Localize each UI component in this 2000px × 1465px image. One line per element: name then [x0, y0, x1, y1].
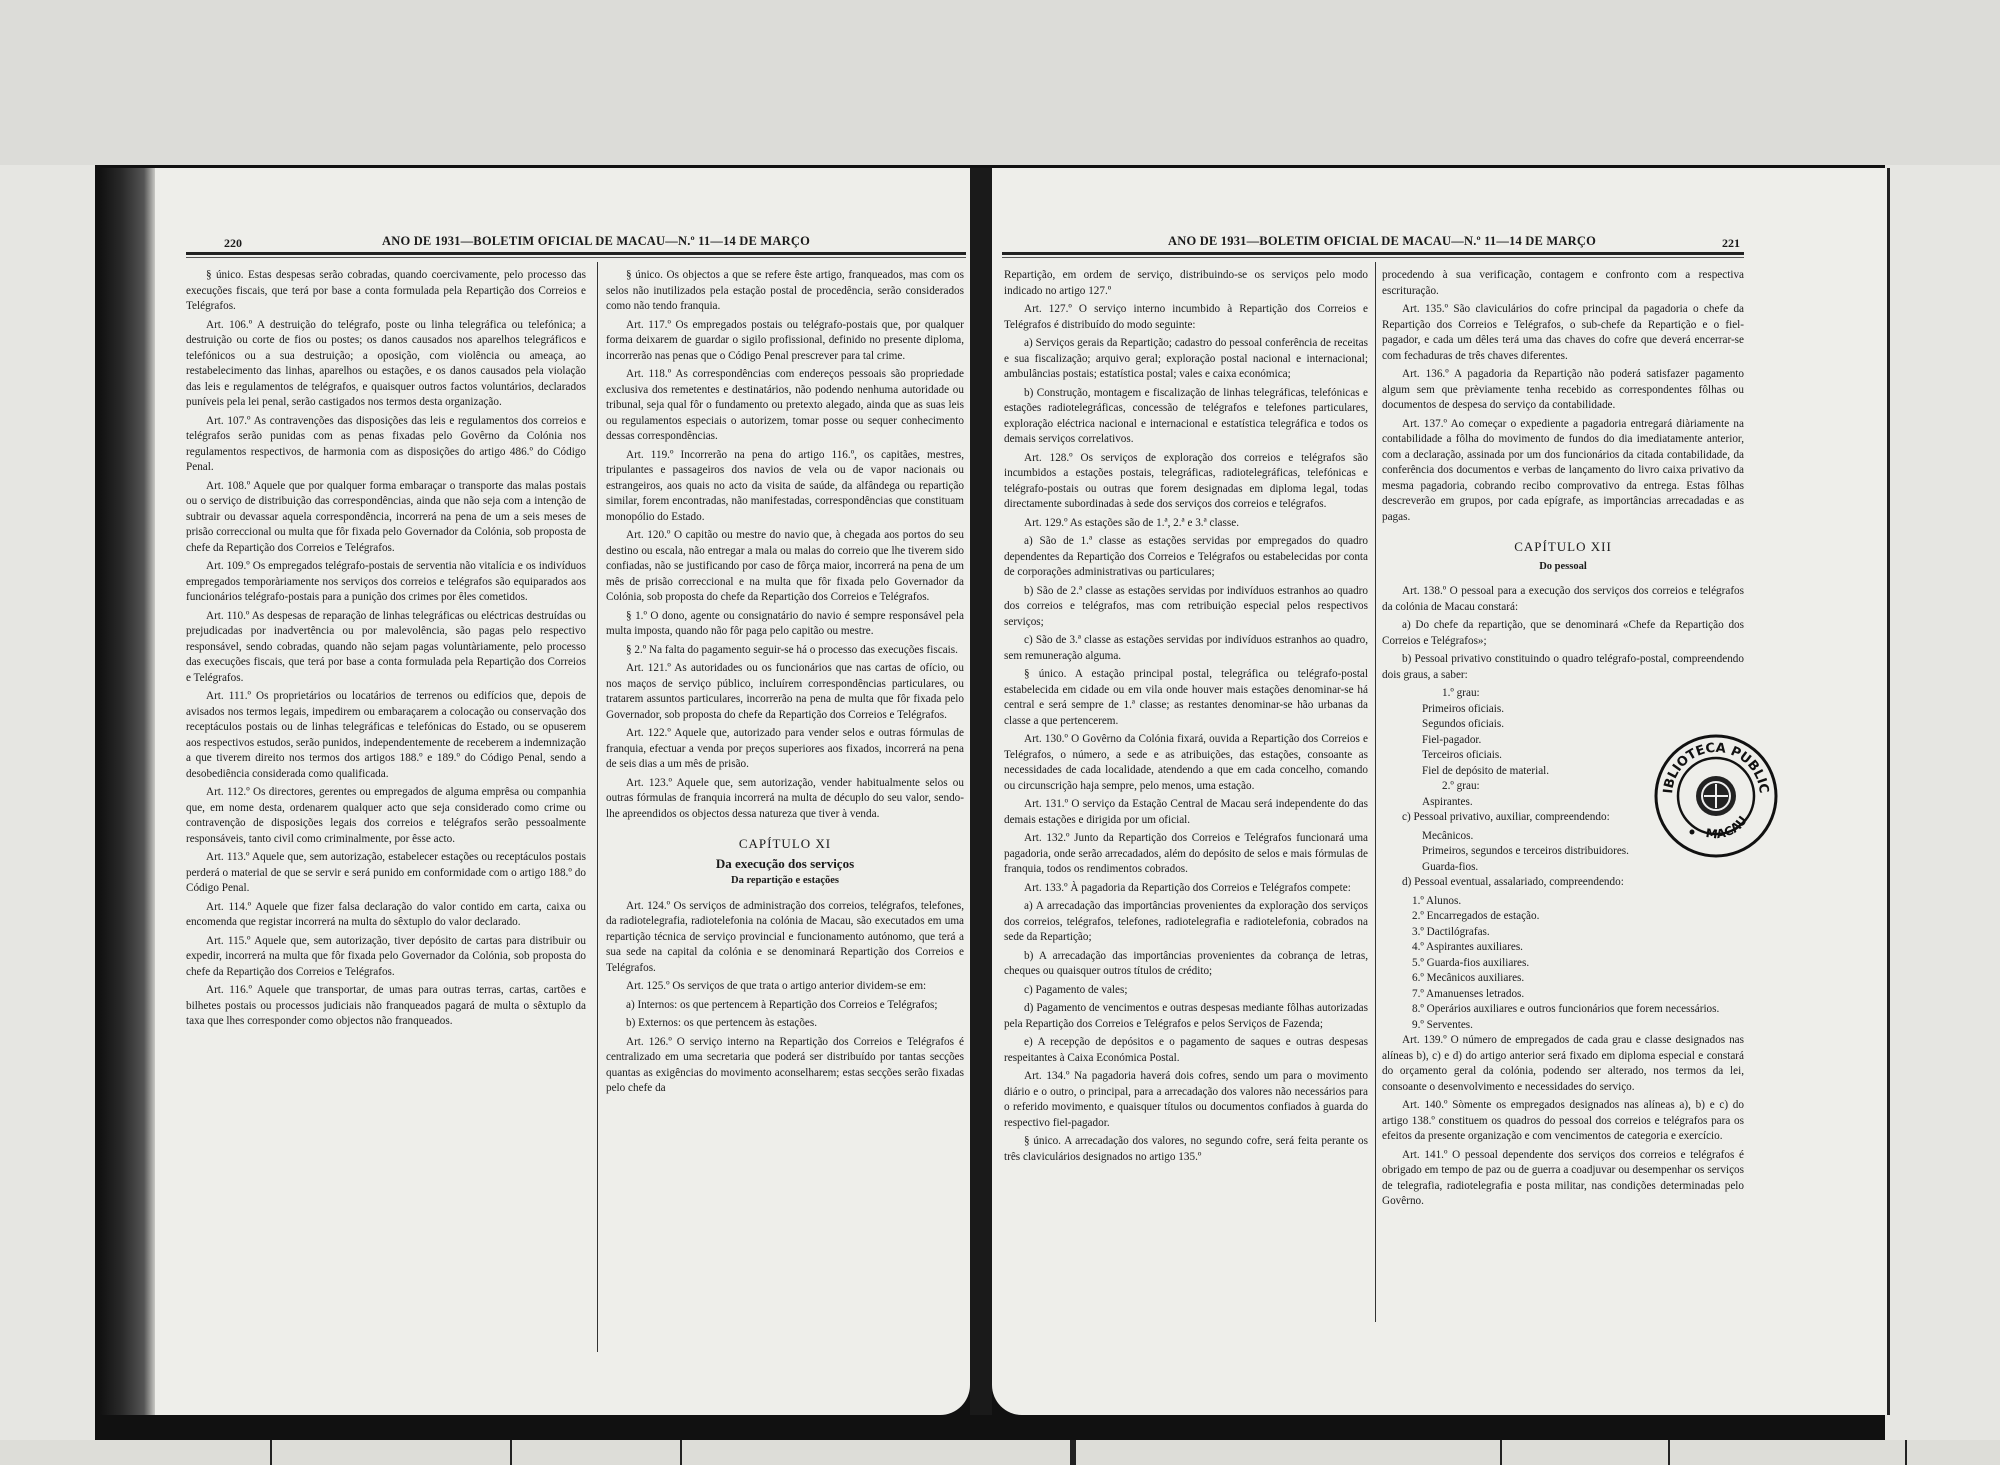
article-paragraph: Art. 131.º O serviço da Estação Central …: [1004, 797, 1368, 828]
chapter-heading: Do pessoal: [1382, 559, 1744, 575]
article-paragraph: Art. 118.º As correspondências com ender…: [606, 367, 964, 445]
article-paragraph: Art. 117.º Os empregados postais ou telé…: [606, 318, 964, 365]
article-paragraph: d) Pessoal eventual, assalariado, compre…: [1382, 875, 1744, 891]
article-paragraph: Art. 112.º Os directores, gerentes ou em…: [186, 785, 586, 847]
article-paragraph: a) Serviços gerais da Repartição; cadast…: [1004, 336, 1368, 383]
article-paragraph: a) Do chefe da repartição, que se denomi…: [1382, 618, 1744, 649]
article-paragraph: b) Externos: os que pertencem às estaçõe…: [606, 1016, 964, 1032]
article-paragraph: Art. 113.º Aquele que, sem autorização, …: [186, 850, 586, 897]
article-paragraph: Art. 128.º Os serviços de exploração dos…: [1004, 451, 1368, 513]
article-paragraph: § 2.º Na falta do pagamento seguir-se há…: [606, 643, 964, 659]
article-paragraph: Art. 124.º Os serviços de administração …: [606, 899, 964, 977]
article-paragraph: Art. 132.º Junto da Repartição dos Corre…: [1004, 831, 1368, 878]
book-gutter: [970, 168, 992, 1415]
left-page-header: ANO DE 1931—BOLETIM OFICIAL DE MACAU—N.º…: [382, 234, 810, 249]
article-paragraph: Art. 115.º Aquele que, sem autorização, …: [186, 934, 586, 981]
article-paragraph: § 1.º O dono, agente ou consignatário do…: [606, 609, 964, 640]
scan-background-top: [0, 0, 2000, 165]
right-page-column-1: Repartição, em ordem de serviço, distrib…: [1004, 268, 1368, 1168]
article-paragraph: Art. 122.º Aquele que, autorizado para v…: [606, 726, 964, 773]
left-page-number: 220: [224, 236, 242, 251]
library-stamp: BIBLIOTECA PUBLICA MACAU: [1652, 732, 1780, 860]
article-paragraph: b) Pessoal privativo constituindo o quad…: [1382, 652, 1744, 683]
article-paragraph: § único. Os objectos a que se refere êst…: [606, 268, 964, 315]
article-paragraph: 8.º Operários auxiliares e outros funcio…: [1412, 1002, 1744, 1018]
article-paragraph: 3.º Dactilógrafas.: [1412, 925, 1744, 941]
article-paragraph: Art. 140.º Sòmente os empregados designa…: [1382, 1098, 1744, 1145]
stamp-seal-icon: BIBLIOTECA PUBLICA MACAU: [1652, 732, 1780, 860]
article-paragraph: Art. 116.º Aquele que transportar, de um…: [186, 983, 586, 1030]
article-paragraph: Art. 133.º À pagadoria da Repartição dos…: [1004, 881, 1368, 897]
article-paragraph: Art. 139.º O número de empregados de cad…: [1382, 1033, 1744, 1095]
article-paragraph: Art. 141.º O pessoal dependente dos serv…: [1382, 1148, 1744, 1210]
article-paragraph: b) A arrecadação das importâncias proven…: [1004, 949, 1368, 980]
ruler-tick: [1070, 1440, 1076, 1465]
article-paragraph: procedendo à sua verificação, contagem e…: [1382, 268, 1744, 299]
article-paragraph: 9.º Serventes.: [1412, 1018, 1744, 1034]
article-paragraph: c) Pagamento de vales;: [1004, 983, 1368, 999]
column-separator: [1375, 262, 1376, 1322]
article-paragraph: Art. 123.º Aquele que, sem autorização, …: [606, 776, 964, 823]
header-rule-thin: [186, 257, 966, 258]
article-paragraph: § único. Estas despesas serão cobradas, …: [186, 268, 586, 315]
article-paragraph: 1.º Alunos.: [1412, 894, 1744, 910]
ruler-tick: [1668, 1440, 1670, 1465]
article-paragraph: e) A recepção de depósitos e o pagamento…: [1004, 1035, 1368, 1066]
article-paragraph: Art. 110.º As despesas de reparação de l…: [186, 609, 586, 687]
article-paragraph: Art. 106.º A destruição do telégrafo, po…: [186, 318, 586, 411]
article-paragraph: Art. 108.º Aquele que por qualquer forma…: [186, 479, 586, 557]
article-paragraph: Art. 135.º São claviculários do cofre pr…: [1382, 302, 1744, 364]
article-paragraph: Art. 126.º O serviço interno na Repartiç…: [606, 1035, 964, 1097]
right-page-header: ANO DE 1931—BOLETIM OFICIAL DE MACAU—N.º…: [1168, 234, 1596, 249]
article-paragraph: Art. 138.º O pessoal para a execução dos…: [1382, 584, 1744, 615]
article-paragraph: Art. 120.º O capitão ou mestre do navio …: [606, 528, 964, 606]
article-paragraph: Art. 127.º O serviço interno incumbido à…: [1004, 302, 1368, 333]
right-page-number: 221: [1722, 236, 1740, 251]
article-paragraph: § único. A arrecadação dos valores, no s…: [1004, 1134, 1368, 1165]
chapter-heading: CAPÍTULO XII: [1382, 539, 1744, 555]
article-paragraph: Art. 121.º As autoridades ou os funcioná…: [606, 661, 964, 723]
article-paragraph: Art. 109.º Os empregados telégrafo-posta…: [186, 559, 586, 606]
ruler-tick: [1500, 1440, 1502, 1465]
article-paragraph: Segundos oficiais.: [1422, 717, 1744, 733]
ruler-tick: [510, 1440, 512, 1465]
article-paragraph: Art. 125.º Os serviços de que trata o ar…: [606, 979, 964, 995]
article-paragraph: d) Pagamento de vencimentos e outras des…: [1004, 1001, 1368, 1032]
article-paragraph: Guarda-fios.: [1422, 860, 1744, 876]
article-paragraph: Art. 134.º Na pagadoria haverá dois cofr…: [1004, 1069, 1368, 1131]
chapter-heading: Da execução dos serviços: [606, 856, 964, 872]
column-separator: [597, 262, 598, 1352]
article-paragraph: c) São de 3.ª classe as estações servida…: [1004, 633, 1368, 664]
article-paragraph: b) São de 2.ª classe as estações servida…: [1004, 584, 1368, 631]
article-paragraph: 2.º Encarregados de estação.: [1412, 909, 1744, 925]
article-paragraph: 1.º grau:: [1442, 686, 1744, 702]
article-paragraph: § único. A estação principal postal, tel…: [1004, 667, 1368, 729]
article-paragraph: Art. 111.º Os proprietários ou locatário…: [186, 689, 586, 782]
svg-text:MACAU: MACAU: [1705, 813, 1750, 841]
article-paragraph: 6.º Mecânicos auxiliares.: [1412, 971, 1744, 987]
article-paragraph: a) A arrecadação das importâncias proven…: [1004, 899, 1368, 946]
article-paragraph: Primeiros oficiais.: [1422, 702, 1744, 718]
article-paragraph: Art. 137.º Ao começar o expediente a pag…: [1382, 417, 1744, 526]
left-page-column-2: § único. Os objectos a que se refere êst…: [606, 268, 964, 1100]
header-rule-thin: [1002, 257, 1744, 258]
article-paragraph: Art. 119.º Incorrerão na pena do artigo …: [606, 448, 964, 526]
article-paragraph: 4.º Aspirantes auxiliares.: [1412, 940, 1744, 956]
header-rule: [1002, 252, 1744, 255]
article-paragraph: 5.º Guarda-fios auxiliares.: [1412, 956, 1744, 972]
article-paragraph: a) Internos: os que pertencem à Repartiç…: [606, 998, 964, 1014]
article-paragraph: Art. 107.º As contravenções das disposiç…: [186, 414, 586, 476]
chapter-heading: CAPÍTULO XI: [606, 836, 964, 852]
article-paragraph: Art. 114.º Aquele que fizer falsa declar…: [186, 900, 586, 931]
left-page-column-1: § único. Estas despesas serão cobradas, …: [186, 268, 586, 1033]
article-paragraph: Art. 130.º O Govêrno da Colónia fixará, …: [1004, 732, 1368, 794]
scan-background-bottom: [0, 1440, 2000, 1465]
chapter-heading: Da repartição e estações: [606, 873, 964, 889]
article-paragraph: 7.º Amanuenses letrados.: [1412, 987, 1744, 1003]
article-paragraph: Art. 129.º As estações são de 1.ª, 2.ª e…: [1004, 516, 1368, 532]
article-paragraph: Repartição, em ordem de serviço, distrib…: [1004, 268, 1368, 299]
article-paragraph: a) São de 1.ª classe as estações servida…: [1004, 534, 1368, 581]
article-paragraph: b) Construção, montagem e fiscalização d…: [1004, 386, 1368, 448]
header-rule: [186, 252, 966, 255]
ruler-tick: [1905, 1440, 1907, 1465]
article-paragraph: Art. 136.º A pagadoria da Repartição não…: [1382, 367, 1744, 414]
left-page-edge: [100, 168, 155, 1415]
ruler-tick: [680, 1440, 682, 1465]
ruler-tick: [270, 1440, 272, 1465]
